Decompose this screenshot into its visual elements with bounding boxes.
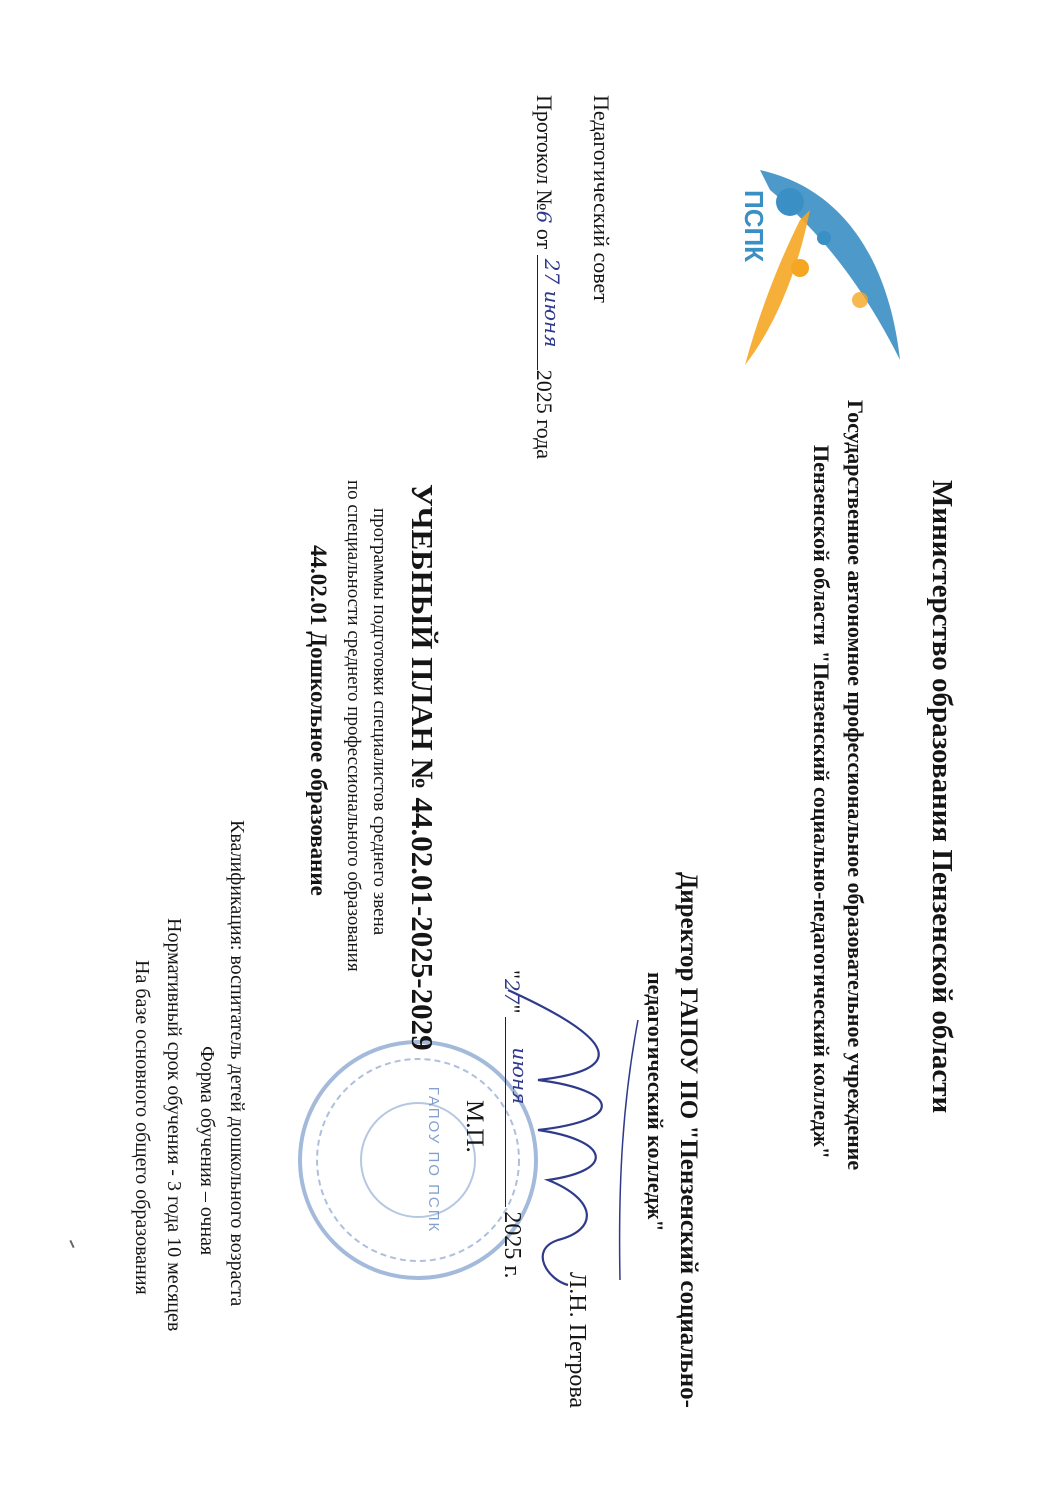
council-title: Педагогический совет bbox=[588, 95, 614, 303]
date-month-handwritten: июня bbox=[508, 1047, 532, 1104]
date-month-line: июня bbox=[505, 1017, 528, 1207]
logo-text: ПСПК bbox=[740, 190, 769, 262]
signer-name: Л.Н. Петрова bbox=[563, 1272, 590, 1408]
institution-name-line2: Пензенской области "Пензенский социально… bbox=[808, 445, 834, 1159]
stamp-text: ГАПОУ ПО ПСПК bbox=[425, 1044, 442, 1276]
specialty: 44.02.01 Дошкольное образование bbox=[305, 545, 331, 896]
protocol-date-line: 27 июня bbox=[537, 255, 560, 370]
protocol-number: 6 bbox=[532, 211, 556, 224]
protocol-year: 2025 года bbox=[532, 370, 557, 459]
protocol-from: от bbox=[532, 223, 557, 254]
date-day: 27 bbox=[500, 979, 524, 1004]
date-quote-open: " bbox=[500, 970, 525, 979]
study-form: Форма обучения – очная bbox=[195, 1046, 218, 1255]
scan-speck bbox=[69, 1240, 74, 1248]
institution-name-line1: Государственное автономное профессиональ… bbox=[842, 400, 868, 1170]
approval-date: "27"июня2025 г. bbox=[498, 970, 528, 1279]
document-page: ПСПК Министерство образования Пензенской… bbox=[0, 0, 1058, 1496]
director-title-line1: Директор ГАПОУ ПО "Пензенский социально- bbox=[674, 872, 702, 1408]
qualification: Квалификация: воспитатель детей дошкольн… bbox=[225, 820, 248, 1306]
college-logo-icon: ПСПК bbox=[740, 150, 910, 370]
date-quote-close: " bbox=[500, 1004, 525, 1013]
education-base: На базе основного общего образования bbox=[130, 960, 153, 1295]
ministry-title: Министерство образования Пензенской обла… bbox=[925, 480, 958, 1113]
plan-title: УЧЕБНЫЙ ПЛАН № 44.02.01-2025-2029 bbox=[404, 484, 440, 1051]
seal-label: М.П. bbox=[460, 1100, 488, 1153]
plan-subtitle-line2: по специальности среднего профессиональн… bbox=[342, 480, 364, 972]
plan-subtitle-line1: программы подготовки специалистов средне… bbox=[368, 508, 390, 935]
date-year: 2025 г. bbox=[499, 1211, 525, 1278]
protocol-line: Протокол №6 от 27 июня2025 года bbox=[531, 95, 560, 459]
study-term: Нормативный срок обучения - 3 года 10 ме… bbox=[162, 918, 185, 1331]
protocol-prefix: Протокол № bbox=[532, 95, 557, 211]
protocol-date-handwritten: 27 июня bbox=[540, 259, 564, 348]
